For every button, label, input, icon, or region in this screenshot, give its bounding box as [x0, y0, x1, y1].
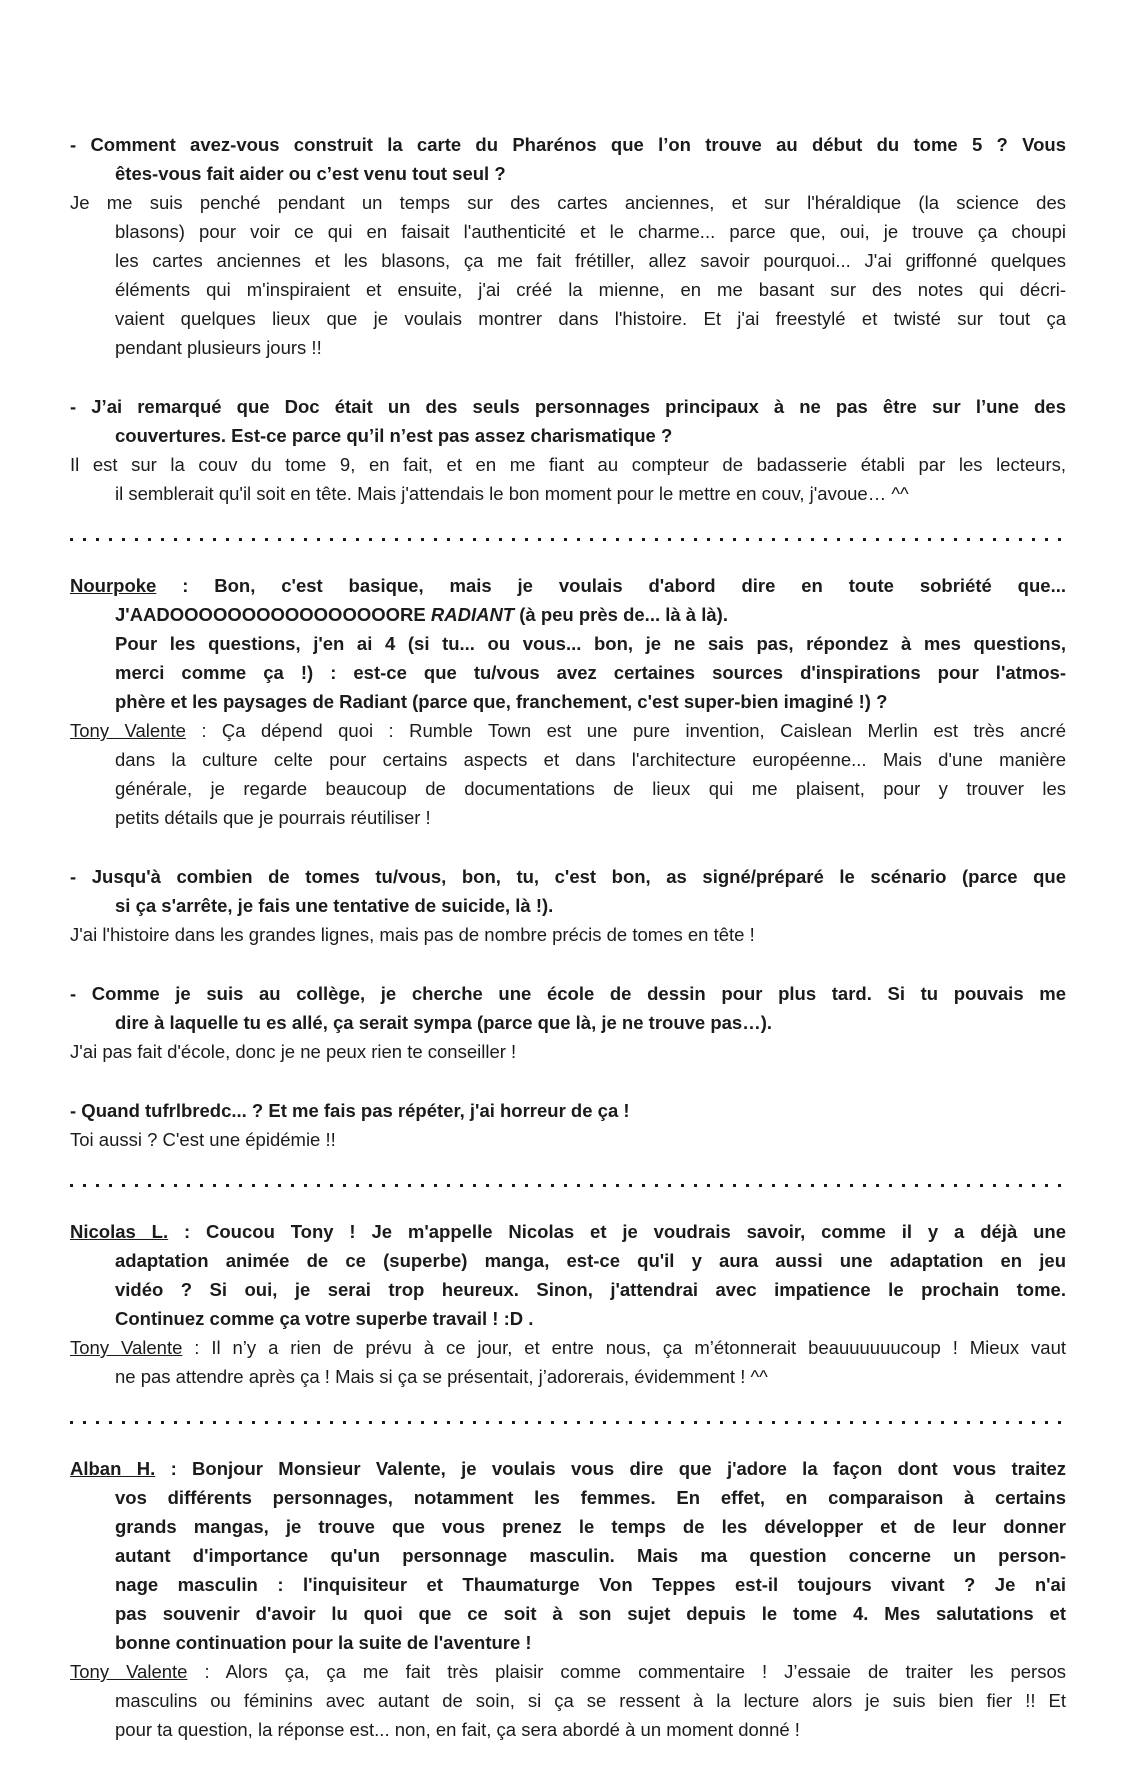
author-reply: J'ai l'histoire dans les grandes lignes,…	[70, 920, 1066, 949]
text-segment: êtes-vous fait aider ou c’est venu tout …	[115, 163, 506, 184]
text-line: - Quand tufrlbredc... ? Et me fais pas r…	[70, 1096, 1066, 1125]
text-line: masculins ou féminins avec autant de soi…	[70, 1686, 1066, 1715]
text-segment: - J’ai remarqué que Doc était un des seu…	[70, 396, 1066, 417]
interview-question: - Comment avez-vous construit la carte d…	[70, 130, 1066, 188]
text-segment: J'ai pas fait d'école, donc je ne peux r…	[70, 1041, 516, 1062]
text-segment: Continuez comme ça votre superbe travail…	[115, 1308, 533, 1329]
text-segment: dans la culture celte pour certains aspe…	[115, 749, 1066, 770]
text-segment: pendant plusieurs jours !!	[115, 337, 322, 358]
text-line: Continuez comme ça votre superbe travail…	[70, 1304, 1066, 1333]
author-reply: Je me suis penché pendant un temps sur d…	[70, 188, 1066, 362]
text-line: vidéo ? Si oui, je serai trop heureux. S…	[70, 1275, 1066, 1304]
text-segment: dire à laquelle tu es allé, ça serait sy…	[115, 1012, 772, 1033]
author-reply: J'ai pas fait d'école, donc je ne peux r…	[70, 1037, 1066, 1066]
text-segment: : Ça dépend quoi : Rumble Town est une p…	[186, 720, 1066, 741]
text-segment: pas souvenir d'avoir lu quoi que ce soit…	[115, 1603, 1066, 1624]
text-segment: : Alors ça, ça me fait très plaisir comm…	[187, 1661, 1066, 1682]
interview-question: - Comme je suis au collège, je cherche u…	[70, 979, 1066, 1037]
text-line: - Comme je suis au collège, je cherche u…	[70, 979, 1066, 1008]
text-segment: Pour les questions, j'en ai 4 (si tu... …	[115, 633, 1066, 654]
text-segment: : Bonjour Monsieur Valente, je voulais v…	[155, 1458, 1066, 1479]
text-line: pas souvenir d'avoir lu quoi que ce soit…	[70, 1599, 1066, 1628]
text-segment: : Coucou Tony ! Je m'appelle Nicolas et …	[168, 1221, 1066, 1242]
author-reply: Tony Valente : Il n’y a rien de prévu à …	[70, 1333, 1066, 1391]
text-line: Toi aussi ? C'est une épidémie !!	[70, 1125, 1066, 1154]
text-segment: (à peu près de... là à là).	[514, 604, 728, 625]
text-segment: blasons) pour voir ce qui en faisait l'a…	[115, 221, 1066, 242]
text-line: il semblerait qu'il soit en tête. Mais j…	[70, 479, 1066, 508]
text-segment: couvertures. Est-ce parce qu’il n’est pa…	[115, 425, 672, 446]
text-line: blasons) pour voir ce qui en faisait l'a…	[70, 217, 1066, 246]
text-line: pendant plusieurs jours !!	[70, 333, 1066, 362]
text-line: J'AADOOOOOOOOOOOOOOOORE RADIANT (à peu p…	[70, 600, 1066, 629]
speaker-name: Alban H.	[70, 1458, 155, 1479]
fan-message: Alban H. : Bonjour Monsieur Valente, je …	[70, 1454, 1066, 1657]
text-line: phère et les paysages de Radiant (parce …	[70, 687, 1066, 716]
text-segment: vos différents personnages, notamment le…	[115, 1487, 1066, 1508]
text-segment: - Quand tufrlbredc... ? Et me fais pas r…	[70, 1100, 630, 1121]
text-segment: : Il n’y a rien de prévu à ce jour, et e…	[182, 1337, 1066, 1358]
speaker-name: Tony Valente	[70, 720, 186, 741]
text-line: si ça s'arrête, je fais une tentative de…	[70, 891, 1066, 920]
text-line: générale, je regarde beaucoup de documen…	[70, 774, 1066, 803]
text-line: Nicolas L. : Coucou Tony ! Je m'appelle …	[70, 1217, 1066, 1246]
author-reply: Toi aussi ? C'est une épidémie !!	[70, 1125, 1066, 1154]
speaker-name: Nicolas L.	[70, 1221, 168, 1242]
interview-question: - Jusqu'à combien de tomes tu/vous, bon,…	[70, 862, 1066, 920]
text-segment: phère et les paysages de Radiant (parce …	[115, 691, 887, 712]
text-line: bonne continuation pour la suite de l'av…	[70, 1628, 1066, 1657]
speaker-name: Nourpoke	[70, 575, 156, 596]
text-segment: ne pas attendre après ça ! Mais si ça se…	[115, 1366, 768, 1387]
text-segment: vidéo ? Si oui, je serai trop heureux. S…	[115, 1279, 1066, 1300]
text-line: J'ai l'histoire dans les grandes lignes,…	[70, 920, 1066, 949]
text-line: autant d'importance qu'un personnage mas…	[70, 1541, 1066, 1570]
text-line: pour ta question, la réponse est... non,…	[70, 1715, 1066, 1744]
text-segment: J'ai l'histoire dans les grandes lignes,…	[70, 924, 755, 945]
text-segment: générale, je regarde beaucoup de documen…	[115, 778, 1066, 799]
text-line: dire à laquelle tu es allé, ça serait sy…	[70, 1008, 1066, 1037]
text-line: ne pas attendre après ça ! Mais si ça se…	[70, 1362, 1066, 1391]
text-segment: merci comme ça !) : est-ce que tu/vous a…	[115, 662, 1066, 683]
text-line: couvertures. Est-ce parce qu’il n’est pa…	[70, 421, 1066, 450]
speaker-name: Tony Valente	[70, 1661, 187, 1682]
text-segment: adaptation animée de ce (superbe) manga,…	[115, 1250, 1066, 1271]
fan-message: Nourpoke : Bon, c'est basique, mais je v…	[70, 571, 1066, 716]
text-segment: - Comment avez-vous construit la carte d…	[70, 134, 1066, 155]
text-line: vaient quelques lieux que je voulais mon…	[70, 304, 1066, 333]
author-reply: Tony Valente : Ça dépend quoi : Rumble T…	[70, 716, 1066, 832]
text-segment: il semblerait qu'il soit en tête. Mais j…	[115, 483, 909, 504]
dotted-separator	[70, 1421, 1066, 1424]
author-reply: Il est sur la couv du tome 9, en fait, e…	[70, 450, 1066, 508]
text-line: Alban H. : Bonjour Monsieur Valente, je …	[70, 1454, 1066, 1483]
dotted-separator	[70, 1184, 1066, 1187]
text-segment: Il est sur la couv du tome 9, en fait, e…	[70, 454, 1066, 475]
text-segment: petits détails que je pourrais réutilise…	[115, 807, 431, 828]
text-line: Pour les questions, j'en ai 4 (si tu... …	[70, 629, 1066, 658]
text-segment: grands mangas, je trouve que vous prenez…	[115, 1516, 1066, 1537]
text-line: dans la culture celte pour certains aspe…	[70, 745, 1066, 774]
text-line: merci comme ça !) : est-ce que tu/vous a…	[70, 658, 1066, 687]
text-segment: - Jusqu'à combien de tomes tu/vous, bon,…	[70, 866, 1066, 887]
text-line: Je me suis penché pendant un temps sur d…	[70, 188, 1066, 217]
text-line: Tony Valente : Ça dépend quoi : Rumble T…	[70, 716, 1066, 745]
text-segment: les cartes anciennes et les blasons, ça …	[115, 250, 1066, 271]
text-line: J'ai pas fait d'école, donc je ne peux r…	[70, 1037, 1066, 1066]
text-segment: éléments qui m'inspiraient et ensuite, j…	[115, 279, 1066, 300]
text-line: les cartes anciennes et les blasons, ça …	[70, 246, 1066, 275]
text-segment: si ça s'arrête, je fais une tentative de…	[115, 895, 553, 916]
text-segment: : Bon, c'est basique, mais je voulais d'…	[156, 575, 1066, 596]
text-segment: - Comme je suis au collège, je cherche u…	[70, 983, 1066, 1004]
document-page: - Comment avez-vous construit la carte d…	[0, 0, 1132, 1772]
text-segment: Toi aussi ? C'est une épidémie !!	[70, 1129, 336, 1150]
text-segment: vaient quelques lieux que je voulais mon…	[115, 308, 1066, 329]
author-reply: Tony Valente : Alors ça, ça me fait très…	[70, 1657, 1066, 1744]
text-segment: Je me suis penché pendant un temps sur d…	[70, 192, 1066, 213]
text-line: grands mangas, je trouve que vous prenez…	[70, 1512, 1066, 1541]
text-segment: J'AADOOOOOOOOOOOOOOOORE	[115, 604, 431, 625]
text-line: Tony Valente : Alors ça, ça me fait très…	[70, 1657, 1066, 1686]
text-line: - Jusqu'à combien de tomes tu/vous, bon,…	[70, 862, 1066, 891]
interview-question: - Quand tufrlbredc... ? Et me fais pas r…	[70, 1096, 1066, 1125]
text-line: - J’ai remarqué que Doc était un des seu…	[70, 392, 1066, 421]
text-line: adaptation animée de ce (superbe) manga,…	[70, 1246, 1066, 1275]
text-line: nage masculin : l'inquisiteur et Thaumat…	[70, 1570, 1066, 1599]
text-line: petits détails que je pourrais réutilise…	[70, 803, 1066, 832]
text-line: - Comment avez-vous construit la carte d…	[70, 130, 1066, 159]
dotted-separator	[70, 538, 1066, 541]
text-segment: bonne continuation pour la suite de l'av…	[115, 1632, 532, 1653]
text-line: Tony Valente : Il n’y a rien de prévu à …	[70, 1333, 1066, 1362]
text-line: Il est sur la couv du tome 9, en fait, e…	[70, 450, 1066, 479]
fan-message: Nicolas L. : Coucou Tony ! Je m'appelle …	[70, 1217, 1066, 1333]
text-segment: masculins ou féminins avec autant de soi…	[115, 1690, 1066, 1711]
text-line: êtes-vous fait aider ou c’est venu tout …	[70, 159, 1066, 188]
title-mention: RADIANT	[431, 604, 514, 625]
speaker-name: Tony Valente	[70, 1337, 182, 1358]
interview-question: - J’ai remarqué que Doc était un des seu…	[70, 392, 1066, 450]
text-line: Nourpoke : Bon, c'est basique, mais je v…	[70, 571, 1066, 600]
text-segment: nage masculin : l'inquisiteur et Thaumat…	[115, 1574, 1066, 1595]
text-line: vos différents personnages, notamment le…	[70, 1483, 1066, 1512]
text-segment: pour ta question, la réponse est... non,…	[115, 1719, 800, 1740]
text-segment: autant d'importance qu'un personnage mas…	[115, 1545, 1066, 1566]
text-line: éléments qui m'inspiraient et ensuite, j…	[70, 275, 1066, 304]
